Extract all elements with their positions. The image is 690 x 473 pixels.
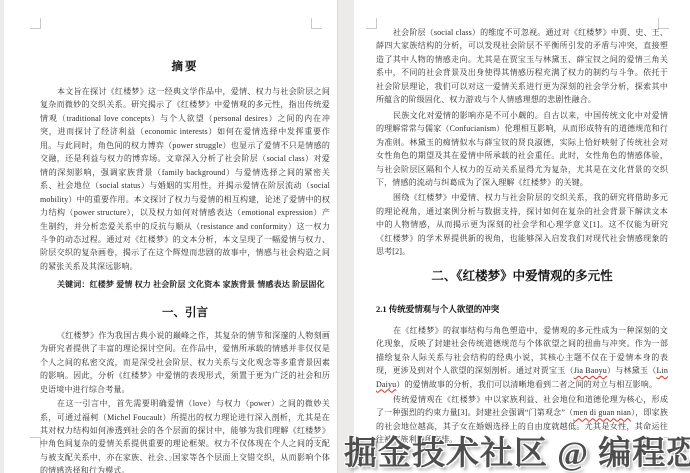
text-run: ）的爱情故事的分析，我们可以清晰地看到二者之间的对立与相互影响。 [396, 380, 657, 389]
section2-heading: 二、《红楼梦》中爱情观的多元性 [376, 266, 668, 284]
watermark-text: 掘金技术社区 @ 编程恐龙 [344, 427, 690, 473]
subsection-2-1-heading: 2.1 传统爱情观与个人欲望的冲突 [376, 303, 668, 315]
body-paragraph-research: 围绕《红楼梦》中爱情、权力与社会阶层的交织关系，我的研究将借助多元的理论视角，通… [376, 191, 668, 258]
abstract-paragraph: 本文旨在探讨《红楼梦》这一经典文学作品中，爱情、权力与社会阶层之间复杂而微妙的交… [40, 85, 330, 273]
page-right[interactable]: 社会阶层（social class）的维度不可忽视。通过对《红楼梦》中贾、史、王… [354, 0, 690, 473]
crop-mark-top-left [30, 18, 41, 29]
intro-paragraph-1: 《红楼梦》作为我国古典小说的巅峰之作，其复杂的情节和深邃的人物刻画为研究者提供了… [40, 329, 330, 396]
keywords-line: 关键词：红楼梦 爱情 权力 社会阶层 文化资本 家族背景 情感表达 阶层固化 [40, 278, 330, 291]
pinyin-jia-baoyu: Jia Baoyu [574, 366, 607, 375]
body-paragraph-social-class: 社会阶层（social class）的维度不可忽视。通过对《红楼梦》中贾、史、王… [376, 26, 668, 107]
text-run: ）与林黛玉（ [607, 366, 657, 375]
page-left[interactable]: 摘要 本文旨在探讨《红楼梦》这一经典文学作品中，爱情、权力与社会阶层之间复杂而微… [4, 0, 337, 473]
section1-heading: 一、引言 [40, 304, 330, 320]
crop-mark-top-right [311, 18, 322, 29]
abstract-title: 摘要 [40, 58, 330, 74]
body-paragraph-culture: 民族文化对爱情的影响亦是不可小觑的。自古以来，中国传统文化中对爱情的理解常常与儒… [376, 109, 668, 190]
document-canvas: 摘要 本文旨在探讨《红楼梦》这一经典文学作品中，爱情、权力与社会阶层之间复杂而微… [0, 0, 690, 473]
pinyin-men-di-guan-nian: men di guan nian [573, 408, 631, 417]
page-number-left: 2 [4, 455, 337, 463]
subsection-paragraph-1: 在《红楼梦》的叙事结构与角色塑造中，爱情观的多元性成为一种深刻的文化现象，反映了… [376, 324, 668, 391]
